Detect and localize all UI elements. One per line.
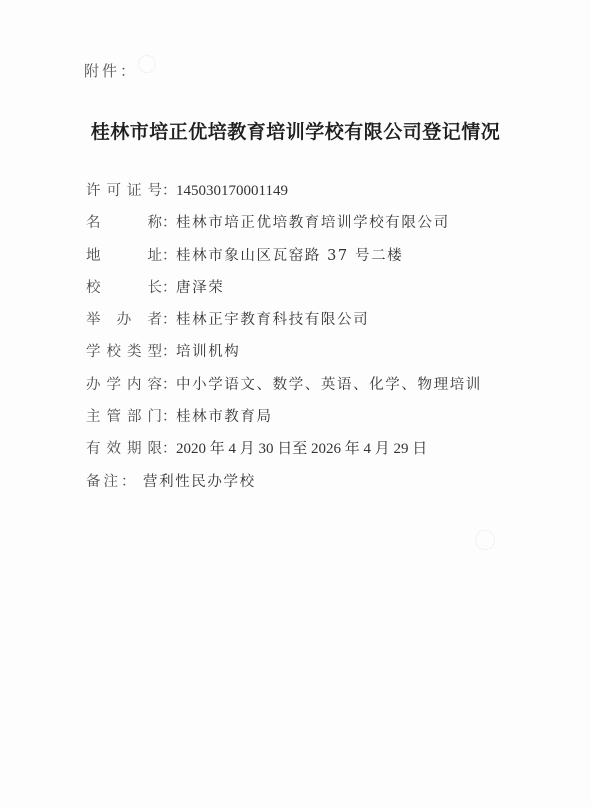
field-label: 有效期限	[86, 439, 162, 459]
field-value: 桂林市象山区瓦窑路 37 号二楼	[176, 246, 403, 266]
field-value: 145030170001149	[176, 181, 288, 201]
field-supervising-dept: 主管部门 ： 桂林市教育局	[86, 407, 556, 439]
field-license-number: 许可证号 ： 145030170001149	[86, 181, 556, 213]
field-colon: ：	[162, 181, 176, 201]
field-value: 唐泽荣	[176, 278, 224, 298]
field-label: 许可证号	[86, 181, 162, 201]
attachment-label: 附件：	[84, 60, 138, 81]
field-teaching-content: 办学内容 ： 中小学语文、数学、英语、化学、物理培训	[86, 375, 556, 407]
document-title: 桂林市培正优培教育培训学校有限公司登记情况	[0, 117, 591, 144]
field-label: 主管部门	[86, 407, 162, 427]
field-name: 名 称 ： 桂林市培正优培教育培训学校有限公司	[86, 213, 556, 245]
field-value: 桂林市培正优培教育培训学校有限公司	[176, 213, 450, 233]
field-colon: ：	[162, 342, 176, 362]
field-colon: ：	[162, 375, 176, 395]
field-label: 地 址	[86, 246, 162, 266]
field-colon: ：	[162, 278, 176, 298]
field-colon: ：	[162, 213, 176, 233]
field-colon: ：	[162, 310, 176, 330]
field-value: 中小学语文、数学、英语、化学、物理培训	[176, 375, 482, 395]
field-colon: ：	[162, 407, 176, 427]
field-label: 校 长	[86, 278, 162, 298]
field-colon: ：	[162, 246, 176, 266]
field-value: 培训机构	[176, 342, 240, 362]
field-remarks: 备注 ： 营利性民办学校	[86, 472, 556, 504]
document-page: 附件： 桂林市培正优培教育培训学校有限公司登记情况 许可证号 ： 1450301…	[0, 0, 591, 807]
field-label: 办学内容	[86, 375, 162, 395]
field-sponsor: 举 办 者 ： 桂林正宇教育科技有限公司	[86, 310, 556, 342]
field-label: 名 称	[86, 213, 162, 233]
field-colon: ：	[162, 439, 176, 459]
field-school-type: 学校类型 ： 培训机构	[86, 342, 556, 374]
field-value: 2020 年 4 月 30 日至 2026 年 4 月 29 日	[176, 439, 427, 459]
field-label: 备注	[86, 472, 121, 492]
registration-fields: 许可证号 ： 145030170001149 名 称 ： 桂林市培正优培教育培训…	[86, 181, 556, 504]
field-label: 举 办 者	[86, 310, 162, 330]
field-address: 地 址 ： 桂林市象山区瓦窑路 37 号二楼	[86, 246, 556, 278]
field-colon: ：	[121, 472, 135, 492]
field-value: 营利性民办学校	[143, 472, 256, 492]
scan-speck	[138, 55, 156, 73]
field-validity-period: 有效期限 ： 2020 年 4 月 30 日至 2026 年 4 月 29 日	[86, 439, 556, 471]
field-principal: 校 长 ： 唐泽荣	[86, 278, 556, 310]
scan-speck	[475, 530, 495, 550]
field-label: 学校类型	[86, 342, 162, 362]
field-value: 桂林市教育局	[176, 407, 273, 427]
field-value: 桂林正宇教育科技有限公司	[176, 310, 369, 330]
